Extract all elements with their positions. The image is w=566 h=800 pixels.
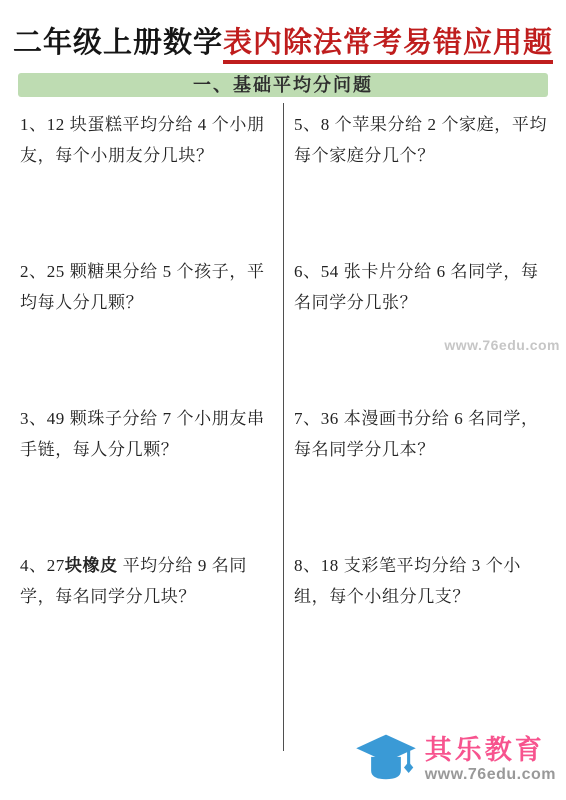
problem-5: 5、8 个苹果分给 2 个家庭，平均每个家庭分几个？ (294, 103, 554, 250)
page-title-black: 二年级上册数学 (13, 27, 223, 59)
problem-3: 3、49 颗珠子分给 7 个小朋友串手链，每人分几颗？ (20, 397, 272, 544)
footer-logo-brand: 其乐教育 (425, 736, 556, 764)
footer-logo-text: 其乐教育 www.76edu.com (425, 736, 556, 784)
page-title: 二年级上册数学表内除法常考易错应用题 (0, 20, 566, 61)
problem-4: 4、27块橡皮 平均分给 9 名同学，每名同学分几块？ (20, 544, 272, 691)
problem-7: 7、36 本漫画书分给 6 名同学，每名同学分几本？ (294, 397, 554, 544)
page-title-red: 表内除法常考易错应用题 (223, 27, 553, 64)
problems-left: 1、12 块蛋糕平均分给 4 个小朋友，每个小朋友分几块？2、25 颗糖果分给 … (20, 103, 272, 691)
footer-logo: 其乐教育 www.76edu.com (355, 732, 556, 788)
graduation-cap-icon (355, 732, 417, 788)
problem-2: 2、25 颗糖果分给 5 个孩子，平均每人分几颗？ (20, 250, 272, 397)
problems-right: 5、8 个苹果分给 2 个家庭，平均每个家庭分几个？6、54 张卡片分给 6 名… (294, 103, 554, 691)
section-header: 一、基础平均分问题 (18, 73, 548, 97)
page-watermark: www.76edu.com (444, 337, 560, 353)
column-divider (283, 103, 284, 751)
footer-logo-url: www.76edu.com (425, 766, 556, 784)
problem-8: 8、18 支彩笔平均分给 3 个小组，每个小组分几支？ (294, 544, 554, 691)
problem-6: 6、54 张卡片分给 6 名同学，每名同学分几张？ (294, 250, 554, 397)
problem-1: 1、12 块蛋糕平均分给 4 个小朋友，每个小朋友分几块？ (20, 103, 272, 250)
